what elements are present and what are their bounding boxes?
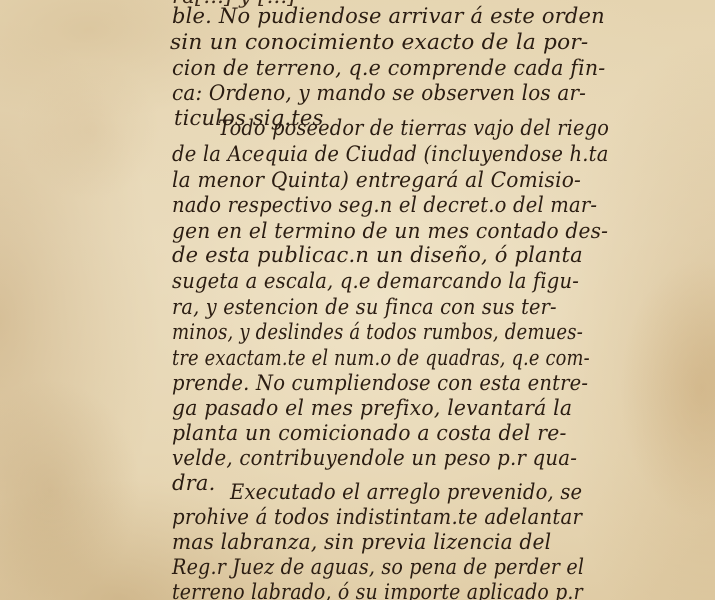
manuscript-line: cion de terreno, q.e comprende cada fin-	[172, 58, 605, 79]
manuscript-line: nado respectivo seg.n el decret.o del ma…	[172, 195, 597, 216]
manuscript-line: ca: Ordeno, y mando se observen los ar-	[172, 83, 586, 104]
manuscript-line: gen en el termino de un mes contado des-	[172, 221, 608, 242]
manuscript-line: sugeta a escala, q.e demarcando la figu-	[172, 271, 579, 292]
manuscript-line: dra.	[172, 473, 215, 494]
manuscript-line: ga pasado el mes prefixo, levantará la	[172, 398, 572, 419]
manuscript-line: Executado el arreglo prevenido, se	[230, 482, 582, 503]
manuscript-line: planta un comicionado a costa del re-	[172, 423, 567, 444]
manuscript-line: de la Acequia de Ciudad (incluyendose h.…	[172, 144, 609, 165]
manuscript-line: sin un conocimiento exacto de la por-	[170, 32, 588, 53]
manuscript-line: mas labranza, sin previa lizencia del	[172, 532, 551, 553]
manuscript-line: prende. No cumpliendose con esta entre-	[172, 373, 588, 394]
manuscript-line: de esta publicac.n un diseño, ó planta	[172, 245, 583, 266]
manuscript-line: Reg.r Juez de aguas, so pena de perder e…	[172, 557, 584, 578]
manuscript-page: ra[...] y [...] ble. No pudiendose arriv…	[0, 0, 715, 600]
manuscript-line: ra, y estencion de su finca con sus ter-	[172, 297, 557, 318]
manuscript-line: terreno labrado, ó su importe aplicado p…	[172, 582, 583, 600]
manuscript-line: prohive á todos indistintam.te adelantar	[172, 507, 582, 528]
manuscript-line: la menor Quinta) entregará al Comisio-	[172, 170, 581, 191]
manuscript-line: Todo poseedor de tierras vajo del riego	[218, 118, 609, 139]
manuscript-line: ble. No pudiendose arrivar á este orden	[172, 6, 605, 27]
manuscript-line: minos, y deslindes á todos rumbos, demue…	[172, 322, 583, 343]
manuscript-line: velde, contribuyendole un peso p.r qua-	[172, 448, 577, 469]
manuscript-line: tre exactam.te el num.o de quadras, q.e …	[172, 348, 590, 369]
